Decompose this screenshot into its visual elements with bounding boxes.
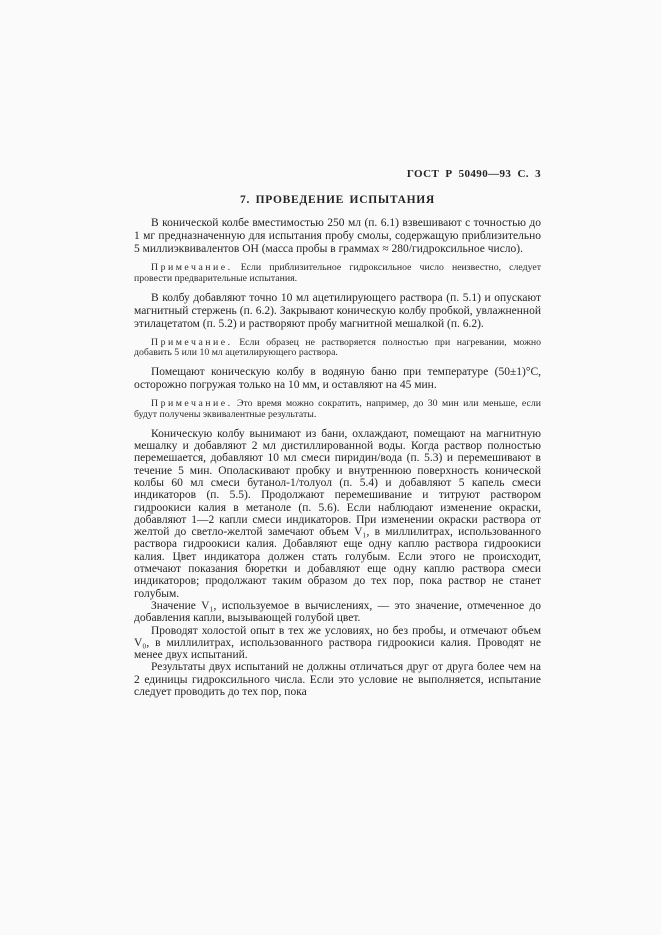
section-heading: 7. ПРОВЕДЕНИЕ ИСПЫТАНИЯ bbox=[134, 194, 541, 206]
body-paragraph-5: Значение V₁, используемое в вычислениях,… bbox=[134, 600, 541, 625]
note-2-label: Примечание. bbox=[151, 337, 233, 348]
note-2: Примечание. Если образец не растворяется… bbox=[134, 338, 541, 360]
running-header: ГОСТ Р 50490—93 С. 3 bbox=[134, 168, 541, 180]
body-paragraph-7: Результаты двух испытаний не должны отли… bbox=[134, 661, 541, 698]
body-paragraph-3: Помещают коническую колбу в водяную баню… bbox=[134, 366, 541, 392]
note-3: Примечание. Это время можно сократить, н… bbox=[134, 399, 541, 421]
scanned-page: ГОСТ Р 50490—93 С. 3 7. ПРОВЕДЕНИЕ ИСПЫТ… bbox=[0, 0, 661, 935]
note-1-label: Примечание. bbox=[151, 262, 233, 273]
note-3-label: Примечание. bbox=[151, 398, 233, 409]
page-text-column: ГОСТ Р 50490—93 С. 3 7. ПРОВЕДЕНИЕ ИСПЫТ… bbox=[134, 168, 541, 698]
note-1: Примечание. Если приблизительное гидрокс… bbox=[134, 263, 541, 285]
body-paragraph-4: Коническую колбу вынимают из бани, охлаж… bbox=[134, 428, 541, 600]
body-paragraph-6: Проводят холостой опыт в тех же условиях… bbox=[134, 625, 541, 662]
body-paragraph-2: В колбу добавляют точно 10 мл ацетилирую… bbox=[134, 292, 541, 331]
body-paragraph-1: В конической колбе вместимостью 250 мл (… bbox=[134, 217, 541, 256]
